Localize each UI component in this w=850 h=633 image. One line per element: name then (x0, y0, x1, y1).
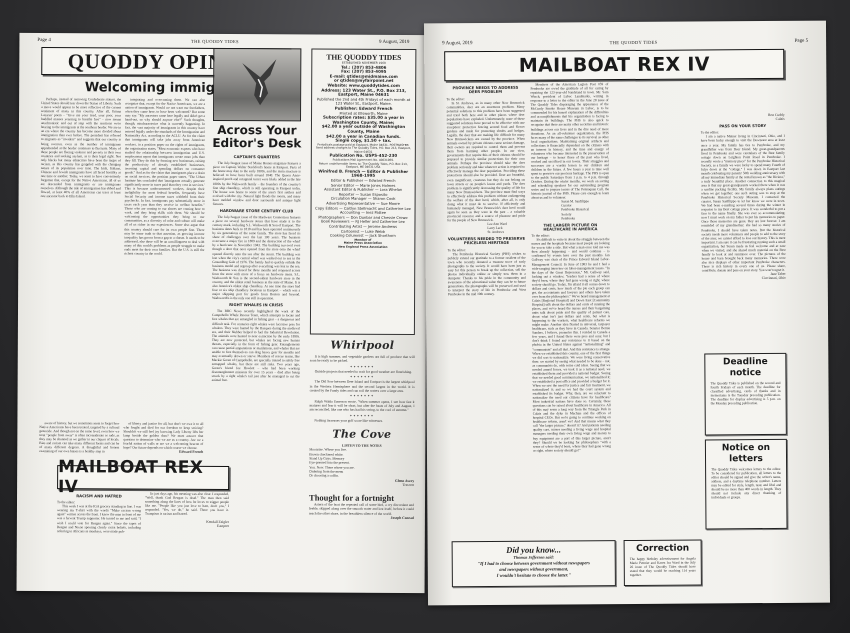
editors-desk-title: Across Your Editor's Desk (205, 124, 309, 151)
whirlpool-item: It is high summer, and vegetable gardens… (310, 354, 415, 363)
issue-date: 9 August, 2019 (442, 41, 472, 46)
signer: Pembroke (561, 216, 609, 220)
letter-signature-place: Eastport (145, 524, 229, 528)
editors-desk-column: CAPTAIN'S QUARTERS The July/August issue… (211, 152, 301, 482)
whirlpool-item: Outside projects that needed to wait for… (310, 369, 415, 374)
correction-text: The happy birthday advertisement for Ang… (630, 557, 696, 578)
letter-text: I am a native Mainer living in Cincinnat… (701, 134, 786, 272)
whirlpool-item: Ralph Waldo Emerson wrote, "When summer … (309, 399, 414, 412)
letter-text: The Pembroke Historical Society (PHS) wi… (448, 252, 526, 297)
signer: St. Andrews (487, 230, 525, 234)
article-text: The July/August issue of the Hardware Co… (212, 215, 300, 300)
masthead-founder: Winifred B. French — Editor & Publisher … (315, 169, 412, 179)
letter-text: This week I was at the IGA grocery stand… (57, 504, 141, 533)
letter-column-4: Ron Cuddy Calais PASS ON YOUR STORY To t… (700, 81, 786, 352)
editorial-text: Perhaps, instead of removing Confederate… (41, 97, 122, 199)
eagle-sculpture-photo (213, 48, 301, 121)
correction-box: Correction The happy birthday advertisem… (624, 539, 702, 586)
quote-line: I wouldn't hesitate to choose the latter… (458, 572, 610, 579)
poem-lines: Moonrise. Where you live. Brown checkere… (309, 448, 414, 479)
newspaper-page-5: 9 August, 2019 THE QUODDY TIDES Page 5 M… (424, 21, 830, 606)
letter-title-healthcare: THE LARGER PICTURE ON HEALTHCARE IN AMER… (531, 223, 609, 232)
deadline-title: Deadline notice (710, 357, 780, 379)
subhead-hardware-store: HARDWARE STORE CENTURY CLUB (213, 209, 301, 214)
letter-column-1: PROVINCE NEEDS TO ADDRESS DEER PROBLEM T… (446, 83, 527, 584)
signer: Calais (701, 117, 785, 122)
poem-author-place: Trescott (309, 482, 414, 487)
masthead-box: THE QUODDY TIDES ESTABLISHED NOVEMBER 19… (310, 48, 416, 335)
deadline-text: The Quoddy Tides is published on the sec… (710, 381, 780, 406)
letter-text: Members of the American Legion Post #59 … (530, 82, 609, 200)
separator: ✦✦✦✦✦✦✦ (309, 413, 414, 418)
letter-title-volunteers: VOLUNTEERS NEEDED TO PRESERVE PRICELESS … (447, 237, 525, 246)
letter-racism-column-1: RACISM AND HATRED To the editor: This we… (57, 491, 141, 583)
deadline-notice-box: Deadline notice The Quoddy Tides is publ… (704, 353, 787, 436)
editorial-text: integrating and overcoming them. We can … (124, 97, 205, 255)
editorial-text: of liberty and justice for all, but don'… (123, 421, 203, 450)
letter-column-2: Members of the American Legion Post #59 … (530, 82, 611, 538)
running-header: Page 4 THE QUODDY TIDES 9 August, 2019 (37, 38, 409, 45)
subhead-captains-quarters: CAPTAIN'S QUARTERS (213, 155, 301, 160)
masthead-staff-list: Editor & Publisher — Edward French Senio… (314, 179, 411, 239)
issue-date: 9 August, 2019 (379, 40, 409, 45)
newspaper-page-4: Page 4 THE QUODDY TIDES 9 August, 2019 Q… (17, 33, 428, 593)
whirlpool-title: Whirlpool (310, 338, 415, 352)
cove-title: The Cove (309, 428, 414, 442)
letters-notice-title: Notice on letters (711, 443, 781, 465)
masthead-member: New England Press Association (314, 245, 411, 249)
letter-text: lic just days ago, his meaning was also … (145, 492, 229, 517)
article-text: The July/August issue of Maine Homes mag… (213, 161, 301, 206)
letters-notice-text: The Quoddy Tides welcomes letters to the… (711, 467, 781, 500)
running-header: 9 August, 2019 THE QUODDY TIDES Page 5 (442, 39, 808, 47)
separator: ✦✦✦✦✦✦✦ (310, 364, 415, 369)
did-you-know-box: Did you know... Thomas Jefferson said: "… (452, 540, 616, 587)
whirlpool-item: Nothing increases your golf score like w… (309, 418, 414, 423)
fortnight-title: Thought for a fortnight (309, 493, 414, 504)
subhead-right-whales: RIGHT WHALES IN CRISIS (212, 303, 300, 308)
page-number: Page 5 (795, 39, 809, 44)
letter-signers: Lee Ann Ward Larry Lack St. Andrews (447, 222, 525, 235)
title-line: Editor's Desk (205, 137, 309, 151)
letter-title-story: PASS ON YOUR STORY (701, 124, 785, 129)
article-text: The BBC News recently highlighted the wo… (212, 309, 300, 382)
fortnight-quote: Astern of the boat the repeated call of … (309, 503, 414, 516)
letter-title: RACISM AND HATRED (57, 494, 141, 499)
section-banner-mailboat-bottom: MAILBOAT REX IV (57, 465, 229, 490)
separator: ✦✦✦✦✦✦✦ (310, 375, 415, 380)
correction-title: Correction (630, 544, 696, 555)
letter-title-deer: PROVINCE NEEDS TO ADDRESS DEER PROBLEM (446, 86, 524, 95)
letter-text: In St. Andrews, as in many other New Bru… (447, 100, 526, 222)
fortnight-author: Joseph Conrad (309, 515, 414, 520)
paper-title: THE QUODDY TIDES (610, 40, 658, 45)
eagle-icon (240, 57, 280, 109)
separator: ✦✦✦✦✦✦✦ (310, 394, 415, 399)
masthead-address: Address: 123 Water St., P.O. Box 213, Ea… (315, 88, 412, 98)
signer: Cincinnati, Ohio (702, 276, 786, 281)
editorial-signature: Edward French (123, 450, 203, 454)
section-title: MAILBOAT REX IV (519, 53, 710, 76)
editorial-column-2: integrating and overcoming them. We can … (123, 97, 205, 437)
page-number: Page 4 (37, 38, 51, 43)
whirlpool-item: The Old Sow between Deer Island and East… (310, 380, 415, 393)
section-banner-mailboat: MAILBOAT REX IV (444, 49, 784, 81)
paper-title: THE QUODDY TIDES (191, 39, 239, 44)
letter-column-3: It's difficult to write in about the str… (614, 82, 695, 538)
whirlpool-column: Whirlpool It is high summer, and vegetab… (309, 336, 415, 583)
editorial-column-1: Perhaps, instead of removing Confederate… (39, 97, 121, 437)
editorial-text: aware of history, but we sometimes seem … (39, 421, 119, 454)
letter-text: It's difficult to write in about the str… (531, 237, 610, 452)
letter-racism-column-2: lic just days ago, his meaning was also … (145, 492, 229, 584)
letter-signers: Susan M. Sanfilippo Curator Pembroke His… (531, 199, 609, 220)
notice-on-letters-box: Notice on letters The Quoddy Tides welco… (705, 439, 788, 530)
